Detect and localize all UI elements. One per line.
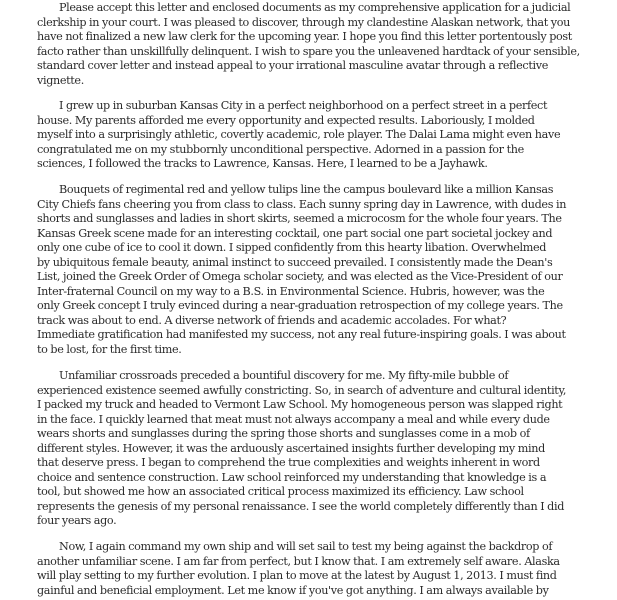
text-line: List, joined the Greek Order of Omega sc… (37, 270, 597, 285)
text-line: myself into a surprisingly athletic, cov… (37, 128, 597, 143)
text-line: Please accept this letter and enclosed d… (37, 1, 597, 16)
text-line: experienced existence seemed awfully con… (37, 384, 597, 399)
text-line: to be lost, for the first time. (37, 343, 597, 358)
text-line: Inter-fraternal Council on my way to a B… (37, 285, 597, 300)
text-line: congratulated me on my stubbornly uncond… (37, 143, 597, 158)
text-line: I grew up in suburban Kansas City in a p… (37, 99, 597, 114)
text-line: four years ago. (37, 514, 597, 529)
text-line: only one cube of ice to cool it down. I … (37, 241, 597, 256)
text-line: gainful and beneficial employment. Let m… (37, 584, 597, 599)
text-line: facto rather than unskillfully delinquen… (37, 45, 597, 60)
text-line: Immediate gratification had manifested m… (37, 328, 597, 343)
text-line: shorts and sunglasses and ladies in shor… (37, 212, 597, 227)
text-line: standard cover letter and instead appeal… (37, 59, 597, 74)
text-line: City Chiefs fans cheering you from class… (37, 198, 597, 213)
text-line: Bouquets of regimental red and yellow tu… (37, 183, 597, 198)
letter-page: Please accept this letter and enclosed d… (0, 0, 617, 600)
text-line: Now, I again command my own ship and wil… (37, 540, 597, 555)
text-line: clerkship in your court. I was pleased t… (37, 16, 597, 31)
paragraph-alaska: Now, I again command my own ship and wil… (37, 540, 597, 598)
text-line: I packed my truck and headed to Vermont … (37, 398, 597, 413)
text-line: in the face. I quickly learned that meat… (37, 413, 597, 428)
paragraph-kansas-city: I grew up in suburban Kansas City in a p… (37, 99, 597, 172)
text-line: wears shorts and sunglasses during the s… (37, 427, 597, 442)
text-line: tool, but showed me how an associated cr… (37, 485, 597, 500)
paragraph-intro: Please accept this letter and enclosed d… (37, 1, 597, 88)
text-line: have not finalized a new law clerk for t… (37, 30, 597, 45)
text-line: house. My parents afforded me every oppo… (37, 114, 597, 129)
text-line: that deserve press. I began to comprehen… (37, 456, 597, 471)
paragraph-lawrence: Bouquets of regimental red and yellow tu… (37, 183, 597, 358)
text-line: represents the genesis of my personal re… (37, 500, 597, 515)
text-line: only Greek concept I truly evinced durin… (37, 299, 597, 314)
text-line: another unfamiliar scene. I am far from … (37, 555, 597, 570)
text-line: choice and sentence construction. Law sc… (37, 471, 597, 486)
paragraph-vermont: Unfamiliar crossroads preceded a bountif… (37, 369, 597, 529)
text-line: different styles. However, it was the ar… (37, 442, 597, 457)
text-line: Kansas Greek scene made for an interesti… (37, 227, 597, 242)
text-line: by ubiquitous female beauty, animal inst… (37, 256, 597, 271)
text-line: sciences, I followed the tracks to Lawre… (37, 157, 597, 172)
text-line: Unfamiliar crossroads preceded a bountif… (37, 369, 597, 384)
text-line: will play setting to my further evolutio… (37, 569, 597, 584)
text-line: vignette. (37, 74, 597, 89)
text-line: track was about to end. A diverse networ… (37, 314, 597, 329)
